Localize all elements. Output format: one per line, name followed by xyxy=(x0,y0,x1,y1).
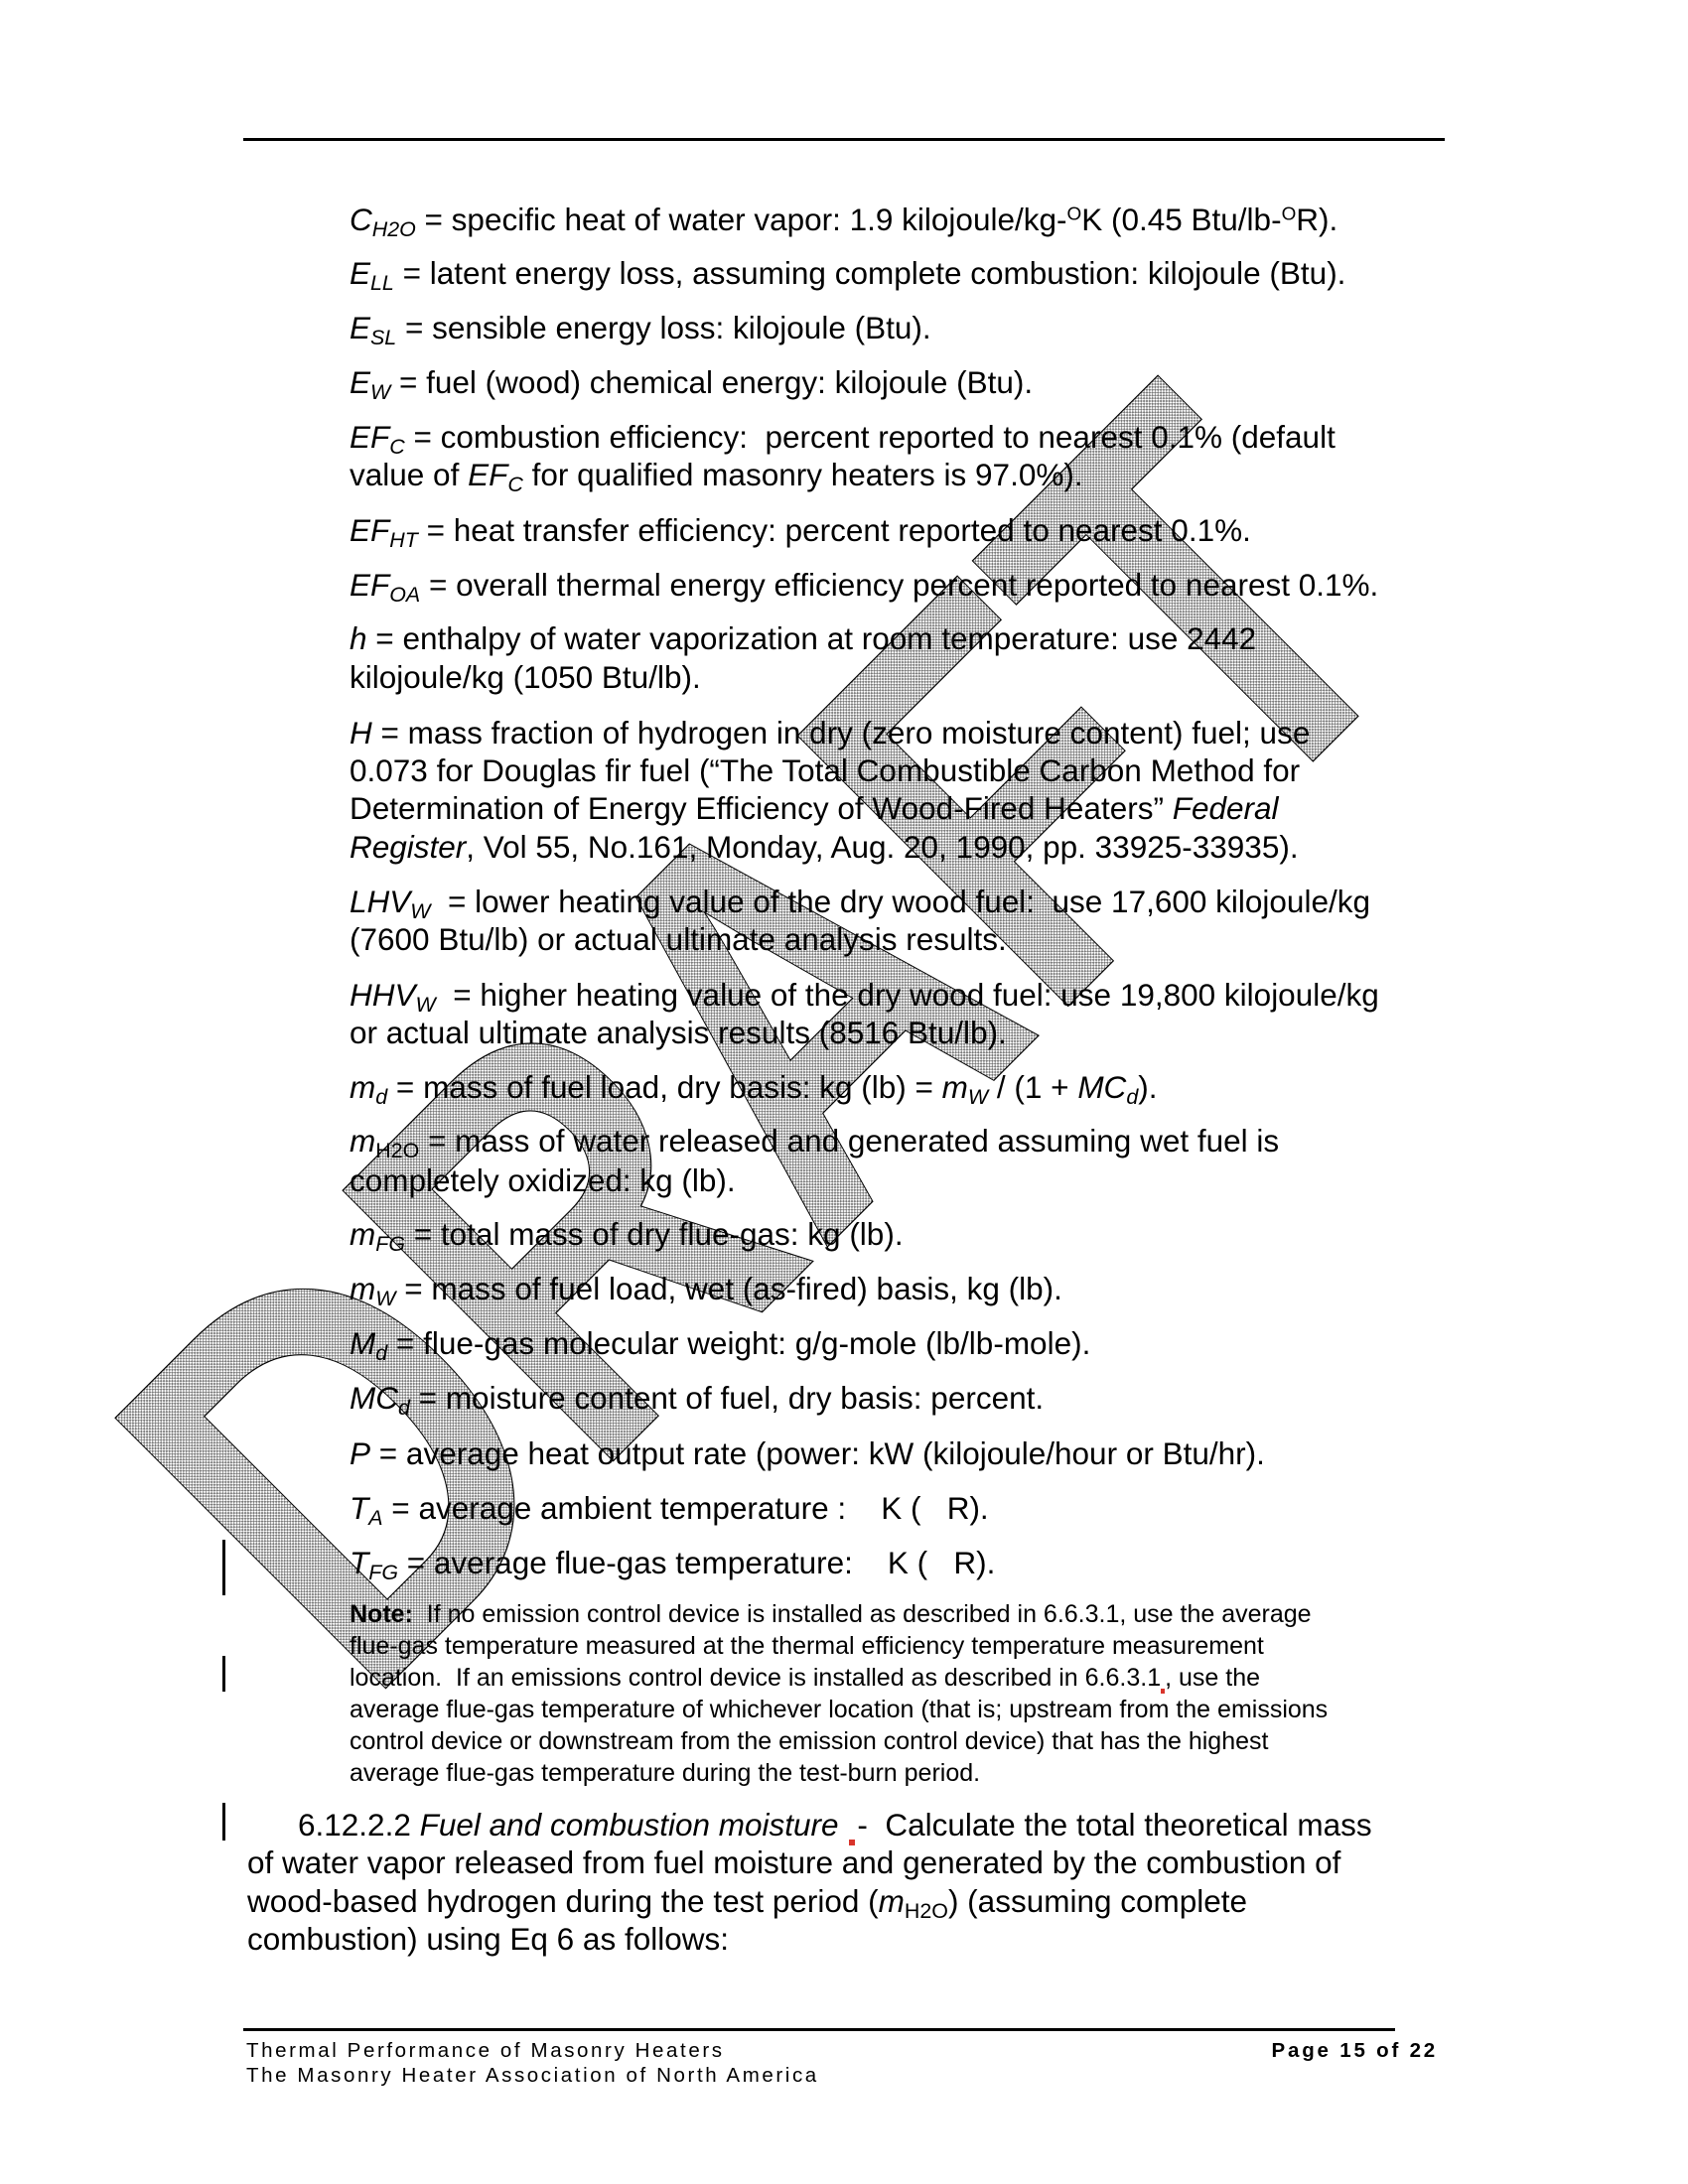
definition-e-sl: ESL = sensible energy loss: kilojoule (B… xyxy=(350,309,931,346)
definition-m-d: md = mass of fuel load, dry basis: kg (l… xyxy=(350,1068,1157,1106)
note-line: control device or downstream from the em… xyxy=(350,1725,1268,1757)
definition-m-h2o-line2: completely oxidized: kg (lb). xyxy=(350,1161,736,1199)
note-line: average flue-gas temperature during the … xyxy=(350,1757,980,1789)
definition-mc-d: MCd = moisture content of fuel, dry basi… xyxy=(350,1379,1044,1417)
page-number: Page 15 of 22 xyxy=(1272,2039,1438,2063)
header-rule xyxy=(243,138,1445,141)
definition-m-fg: mFG = total mass of dry flue-gas: kg (lb… xyxy=(350,1215,904,1253)
revision-change-bar xyxy=(222,1803,225,1841)
section-body-line: wood-based hydrogen during the test peri… xyxy=(247,1882,1247,1920)
section-number: 6.12.2.2 xyxy=(298,1807,420,1843)
note-line: location. If an emissions control device… xyxy=(350,1662,1260,1694)
definition-hhv-w: HHVW = higher heating value of the dry w… xyxy=(350,976,1379,1014)
definition-ef-oa: EFOA = overall thermal energy efficiency… xyxy=(350,566,1378,604)
definition-m-h2o: mH2O = mass of water released and genera… xyxy=(350,1122,1279,1160)
section-body-line: combustion) using Eq 6 as follows: xyxy=(247,1920,729,1958)
definition-h-hydrogen: H = mass fraction of hydrogen in dry (ze… xyxy=(350,714,1310,751)
definition-ef-c-line2: value of EFC for qualified masonry heate… xyxy=(350,456,1083,493)
definition-e-ll: ELL = latent energy loss, assuming compl… xyxy=(350,254,1345,292)
note-line: Note: If no emission control device is i… xyxy=(350,1598,1312,1630)
definition-hhv-w-line2: or actual ultimate analysis results (851… xyxy=(350,1014,1007,1051)
definition-p: P = average heat output rate (power: kW … xyxy=(350,1434,1265,1472)
definition-lhv-w: LHVW = lower heating value of the dry wo… xyxy=(350,883,1370,920)
section-title: Fuel and combustion moisture xyxy=(420,1807,839,1843)
revision-change-bar xyxy=(222,1656,225,1692)
section-body-line: of water vapor released from fuel moistu… xyxy=(247,1843,1340,1881)
definition-m-w: mW = mass of fuel load, wet (as-fired) b… xyxy=(350,1270,1062,1307)
definition-h-hydrogen-line3: Determination of Energy Efficiency of Wo… xyxy=(350,789,1279,827)
definition-t-fg: TFG = average flue-gas temperature: K ( … xyxy=(350,1544,995,1581)
note-label: Note: xyxy=(350,1600,413,1628)
definition-ef-c: EFC = combustion efficiency: percent rep… xyxy=(350,418,1336,456)
footer-organization: The Masonry Heater Association of North … xyxy=(246,2064,819,2088)
definition-lhv-w-line2: (7600 Btu/lb) or actual ultimate analysi… xyxy=(350,920,1007,958)
definition-c-h2o: CH2O = specific heat of water vapor: 1.9… xyxy=(350,201,1337,238)
definition-t-a: TA = average ambient temperature : K ( R… xyxy=(350,1489,989,1527)
definition-h-enthalpy-line2: kilojoule/kg (1050 Btu/lb). xyxy=(350,658,701,696)
footer-document-title: Thermal Performance of Masonry Heaters xyxy=(246,2039,725,2063)
footer-rule xyxy=(243,2028,1395,2031)
section-heading-line: 6.12.2.2 Fuel and combustion moisture - … xyxy=(298,1806,1372,1843)
definition-molecular-weight: Md = flue-gas molecular weight: g/g-mole… xyxy=(350,1324,1090,1362)
note-line: average flue-gas temperature of whicheve… xyxy=(350,1694,1328,1725)
note-line: flue-gas temperature measured at the the… xyxy=(350,1630,1264,1662)
definition-h-hydrogen-line4: Register, Vol 55, No.161, Monday, Aug. 2… xyxy=(350,828,1299,866)
definition-e-w: EW = fuel (wood) chemical energy: kilojo… xyxy=(350,363,1033,401)
revision-change-bar xyxy=(222,1540,225,1595)
definition-h-hydrogen-line2: 0.073 for Douglas fir fuel (“The Total C… xyxy=(350,751,1300,789)
definition-h-enthalpy: h = enthalpy of water vaporization at ro… xyxy=(350,619,1256,657)
definition-ef-ht: EFHT = heat transfer efficiency: percent… xyxy=(350,511,1251,549)
